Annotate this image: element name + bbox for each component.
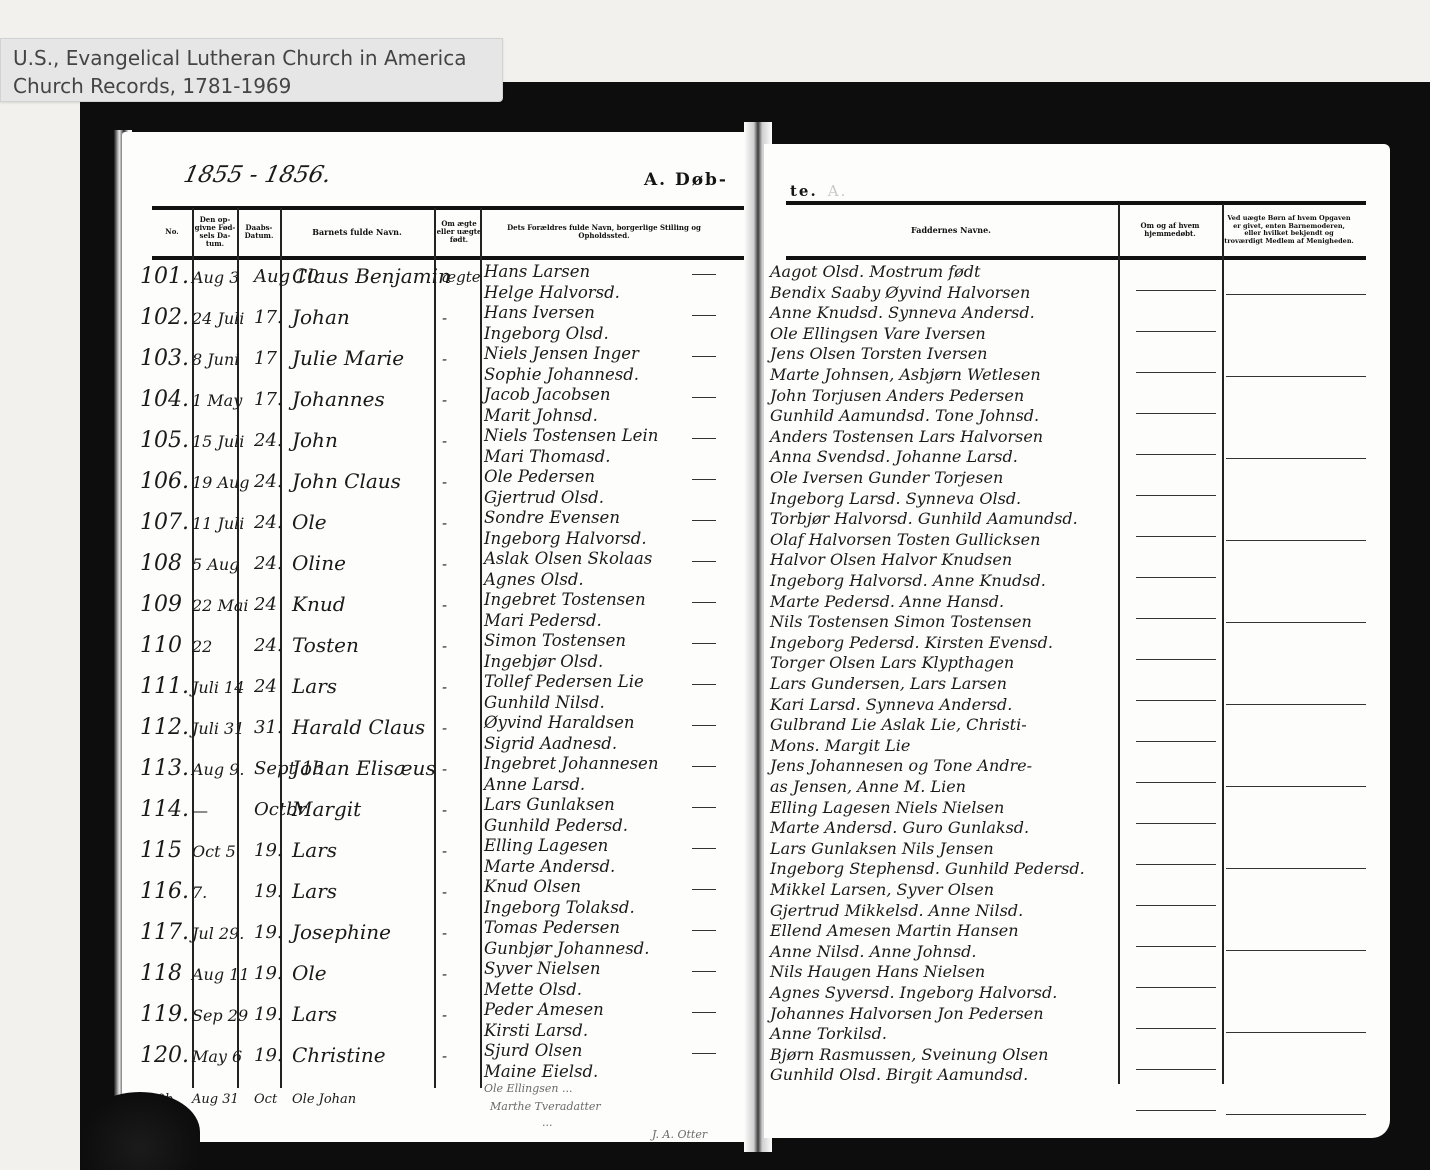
parent-name-line: Maine Eielsd. (484, 1062, 598, 1081)
ditto-rule (1136, 1028, 1216, 1029)
entry-number: 116. (140, 879, 189, 904)
birth-date: 15 Juli (192, 432, 244, 451)
entry-number: 106. (140, 469, 189, 494)
birth-date: May 6 (192, 1047, 242, 1066)
parent-name-line: Elling Lagesen (484, 836, 608, 855)
column-divider (1222, 204, 1224, 1084)
parent-name-line: Gjertrud Olsd. (484, 488, 604, 507)
parent-name-line: Tomas Pedersen (484, 918, 620, 937)
godparent-name-line: Mons. Margit Lie (770, 736, 910, 755)
col-header-remarks: Ved uægte Børn af hvem Opgaven er givet,… (1224, 206, 1354, 254)
collection-title-line2: Church Records, 1781-1969 (13, 72, 502, 100)
marginal-note-line: J. A. Otter (652, 1128, 707, 1141)
parent-name-line: Ingeborg Olsd. (484, 324, 609, 343)
ditto-dash (692, 561, 716, 562)
year-heading: 1855 - 1856. (181, 162, 333, 188)
child-name: Johan (292, 305, 350, 329)
bleed-through-text: A. (828, 182, 848, 200)
godparent-name-line: as Jensen, Anne M. Lien (770, 777, 966, 796)
column-divider (1118, 204, 1120, 1084)
legitimacy: - (442, 965, 447, 983)
godparent-name-line: Bjørn Rasmussen, Sveinung Olsen (770, 1045, 1048, 1064)
col-header-parents: Dets Forældres fulde Navn, borgerlige St… (484, 210, 724, 254)
baptism-date: 19. (254, 881, 283, 902)
ditto-rule (1226, 704, 1366, 705)
marginal-note-line: Ole Ellingsen ... (484, 1082, 572, 1095)
entry-number: 118 (140, 961, 182, 986)
legitimacy: - (442, 350, 447, 368)
godparent-name-line: Anne Torkilsd. (770, 1024, 887, 1043)
legitimacy: - (442, 883, 447, 901)
parent-name-line: Kirsti Larsd. (484, 1021, 588, 1040)
section-title-right: te.A. (790, 182, 847, 200)
godparent-name-line: Marte Johnsen, Asbjørn Wetlesen (770, 365, 1041, 384)
child-name: Julie Marie (292, 346, 404, 370)
godparent-name-line: Jens Olsen Torsten Iversen (770, 344, 987, 363)
parent-name-line: Niels Tostensen Lein (484, 426, 658, 445)
ditto-rule (1136, 782, 1216, 783)
ditto-dash (692, 438, 716, 439)
table-row: 111.Juli 1424Lars- (122, 674, 482, 716)
table-row: 107.11 Juli24.Ole- (122, 510, 482, 552)
legitimacy: - (442, 309, 447, 327)
godparent-name-line: Anne Nilsd. Anne Johnsd. (770, 942, 977, 961)
child-name: Lars (292, 1002, 337, 1026)
parent-name-line: Mari Pedersd. (484, 611, 602, 630)
col-header-child-name: Barnets fulde Navn. (282, 210, 432, 254)
godparent-name-line: Ingeborg Pedersd. Kirsten Evensd. (770, 633, 1053, 652)
ditto-rule (1226, 1114, 1366, 1115)
parent-name-line: Knud Olsen (484, 877, 581, 896)
godparent-name-line: Marte Andersd. Guro Gunlaksd. (770, 818, 1029, 837)
birth-date: — (192, 801, 208, 820)
birth-date: 11 Juli (192, 514, 244, 533)
entry-number: 114. (140, 797, 189, 822)
ditto-dash (692, 315, 716, 316)
ditto-rule (1136, 413, 1216, 414)
entry-number: 110 (140, 633, 182, 658)
ditto-rule (1136, 864, 1216, 865)
birth-date: Juli 31 (192, 719, 244, 738)
child-name: Tosten (292, 633, 359, 657)
ditto-dash (692, 848, 716, 849)
birth-date: Oct 5 (192, 842, 236, 861)
baptism-date: 19. (254, 1045, 283, 1066)
ditto-rule (1226, 458, 1366, 459)
table-row: 10922 Mai24Knud- (122, 592, 482, 634)
col-header-baptism-date: Daabs-Datum. (238, 210, 280, 254)
ditto-rule (1226, 868, 1366, 869)
godparent-name-line: Johannes Halvorsen Jon Pedersen (770, 1004, 1044, 1023)
birth-date: 8 Juni (192, 350, 239, 369)
right-page: te.A. Faddernes Navne. Om og af hvem hje… (764, 144, 1390, 1138)
godparent-name-line: Ellend Amesen Martin Hansen (770, 921, 1019, 940)
child-name: Oline (292, 551, 346, 575)
child-name: John (292, 428, 338, 452)
godparent-name-line: Gunhild Olsd. Birgit Aamundsd. (770, 1065, 1028, 1084)
baptism-date: 17. (254, 389, 283, 410)
table-row: 119.Sep 2919.Lars- (122, 1002, 482, 1044)
godparent-name-line: Olaf Halvorsen Tosten Gullicksen (770, 530, 1040, 549)
baptism-date: 19. (254, 963, 283, 984)
godparent-name-line: Halvor Olsen Halvor Knudsen (770, 550, 1012, 569)
entry-number: 104. (140, 387, 189, 412)
child-name: Harald Claus (292, 715, 425, 739)
baptism-date: 24. (254, 471, 283, 492)
ditto-dash (692, 356, 716, 357)
child-name: Lars (292, 879, 337, 903)
parent-name-line: Sophie Johannesd. (484, 365, 639, 384)
ditto-rule (1136, 987, 1216, 988)
ditto-dash (692, 274, 716, 275)
godparent-name-line: Anne Knudsd. Synneva Andersd. (770, 303, 1035, 322)
entry-number: 111. (140, 674, 189, 699)
record-image-viewer[interactable]: 1855 - 1856. A. Døb- No. Den op-givne Fø… (80, 82, 1430, 1170)
parent-name-line: Ingeborg Halvorsd. (484, 529, 647, 548)
ditto-rule (1136, 1069, 1216, 1070)
baptism-date: 24. (254, 553, 283, 574)
marginal-note-line: ... (542, 1116, 553, 1129)
parent-name-line: Øyvind Haraldsen (484, 713, 635, 732)
birth-date: Sep 29 (192, 1006, 248, 1025)
left-page: 1855 - 1856. A. Døb- No. Den op-givne Fø… (122, 132, 752, 1142)
birth-date: Jul 29. (192, 924, 244, 943)
legitimacy: - (442, 555, 447, 573)
child-name: Josephine (292, 920, 391, 944)
birth-date: 1 May (192, 391, 242, 410)
ditto-dash (692, 971, 716, 972)
parent-name-line: Ingebret Johannesen (484, 754, 658, 773)
parent-name-line: Lars Gunlaksen (484, 795, 615, 814)
parent-name-line: Simon Tostensen (484, 631, 626, 650)
table-row: 105.15 Juli24.John- (122, 428, 482, 470)
legitimacy: ægte (442, 268, 481, 286)
godparent-name-line: Nils Tostensen Simon Tostensen (770, 612, 1032, 631)
ditto-rule (1136, 700, 1216, 701)
collection-title-line1: U.S., Evangelical Lutheran Church in Ame… (13, 44, 502, 72)
header-top-rule (786, 201, 1366, 205)
ditto-rule (1136, 741, 1216, 742)
parent-name-line: Marte Andersd. (484, 857, 615, 876)
child-name: Lars (292, 838, 337, 862)
ditto-dash (692, 930, 716, 931)
godparent-name-line: Elling Lagesen Niels Nielsen (770, 798, 1004, 817)
collection-title-label: U.S., Evangelical Lutheran Church in Ame… (0, 38, 503, 102)
table-row: 101.Aug 3Aug 10.Claus Benjaminægte (122, 264, 482, 306)
child-name: Knud (292, 592, 346, 616)
table-row: 117.Jul 29.19.Josephine- (122, 920, 482, 962)
child-name: John Claus (292, 469, 401, 493)
birth-date: Aug 11 (192, 965, 250, 984)
table-row: 114.—OctbrMargit- (122, 797, 482, 839)
birth-date: 22 Mai (192, 596, 248, 615)
ditto-dash (692, 889, 716, 890)
baptism-date: Oct (254, 1092, 277, 1107)
header-bottom-rule (152, 256, 752, 260)
birth-date: Juli 14 (192, 678, 244, 697)
baptism-date: 24 (254, 594, 277, 615)
child-name: Ole (292, 961, 327, 985)
godparent-name-line: Jens Johannesen og Tone Andre- (770, 756, 1032, 775)
table-row: 112.Juli 3131.Harald Claus- (122, 715, 482, 757)
entry-number: 120. (140, 1043, 189, 1068)
godparent-name-line: Ole Ellingsen Vare Iversen (770, 324, 986, 343)
godparent-name-line: Torger Olsen Lars Klypthagen (770, 653, 1014, 672)
table-row: 116.7.19.Lars- (122, 879, 482, 921)
birth-date: 7. (192, 883, 207, 902)
baptism-date: 24 (254, 676, 277, 697)
ditto-rule (1136, 454, 1216, 455)
ditto-rule (1136, 618, 1216, 619)
ditto-rule (1226, 294, 1366, 295)
header-bottom-rule (786, 256, 1366, 260)
baptism-date: 31. (254, 717, 283, 738)
table-row: 113.Aug 9.Sept 13Johan Elisæus- (122, 756, 482, 798)
legitimacy: - (442, 801, 447, 819)
child-name: Christine (292, 1043, 386, 1067)
ditto-dash (692, 602, 716, 603)
parent-name-line: Niels Jensen Inger (484, 344, 639, 363)
col-header-emergency-baptism: Om og af hvem hjemmedøbt. (1120, 206, 1220, 254)
ditto-rule (1136, 905, 1216, 906)
ditto-rule (1226, 950, 1366, 951)
ditto-dash (692, 479, 716, 480)
parent-name-line: Marit Johnsd. (484, 406, 598, 425)
parent-name-line: Gunhild Nilsd. (484, 693, 605, 712)
birth-date: 19 Aug (192, 473, 250, 492)
section-title-left: A. Døb- (644, 170, 728, 190)
parent-name-line: Sigrid Aadnesd. (484, 734, 617, 753)
parent-name-line: Ingebret Tostensen (484, 590, 646, 609)
legitimacy: - (442, 514, 447, 532)
section-title-right-text: te. (790, 182, 818, 200)
entry-number: 115 (140, 838, 182, 863)
parent-name-line: Ingebjør Olsd. (484, 652, 603, 671)
godparent-name-line: Ingeborg Halvorsd. Anne Knudsd. (770, 571, 1046, 590)
col-header-no: No. (152, 210, 192, 254)
ditto-rule (1226, 1032, 1366, 1033)
entry-number: 105. (140, 428, 189, 453)
godparent-name-line: Anders Tostensen Lars Halvorsen (770, 427, 1043, 446)
baptism-date: 17 (254, 348, 277, 369)
godparent-name-line: Agnes Syversd. Ingeborg Halvorsd. (770, 983, 1057, 1002)
ditto-rule (1136, 659, 1216, 660)
table-row: 1085 Aug24.Oline- (122, 551, 482, 593)
parent-name-line: Hans Larsen (484, 262, 590, 281)
godparent-name-line: Ingeborg Larsd. Synneva Olsd. (770, 489, 1021, 508)
birth-date: 5 Aug (192, 555, 239, 574)
parent-name-line: Agnes Olsd. (484, 570, 584, 589)
ditto-rule (1136, 577, 1216, 578)
ditto-rule (1136, 536, 1216, 537)
child-name: Johan Elisæus (292, 756, 436, 780)
ditto-dash (692, 520, 716, 521)
ditto-rule (1136, 946, 1216, 947)
baptism-date: 19. (254, 1004, 283, 1025)
baptism-date: 19. (254, 922, 283, 943)
parent-name-line: Peder Amesen (484, 1000, 604, 1019)
godparent-name-line: Gjertrud Mikkelsd. Anne Nilsd. (770, 901, 1023, 920)
col-header-birth-date: Den op-givne Fød-sels Da-tum. (194, 210, 236, 254)
entry-number: 107. (140, 510, 189, 535)
godparent-name-line: Gulbrand Lie Aslak Lie, Christi- (770, 715, 1027, 734)
ditto-dash (692, 1053, 716, 1054)
godparent-name-line: Ingeborg Stephensd. Gunhild Pedersd. (770, 859, 1085, 878)
entry-number: 117. (140, 920, 189, 945)
ditto-rule (1136, 331, 1216, 332)
table-row: 106.19 Aug24.John Claus- (122, 469, 482, 511)
baptism-date: 24. (254, 430, 283, 451)
table-row: 104.1 May17.Johannes- (122, 387, 482, 429)
godparent-name-line: Ole Iversen Gunder Torjesen (770, 468, 1003, 487)
godparent-name-line: Anna Svendsd. Johanne Larsd. (770, 447, 1018, 466)
ditto-rule (1136, 495, 1216, 496)
parent-name-line: Sondre Evensen (484, 508, 620, 527)
legitimacy: - (442, 473, 447, 491)
ditto-dash (692, 1012, 716, 1013)
ditto-rule (1226, 622, 1366, 623)
parent-name-line: Mette Olsd. (484, 980, 582, 999)
parent-name-line: Aslak Olsen Skolaas (484, 549, 652, 568)
legitimacy: - (442, 637, 447, 655)
birth-date: 22 (192, 637, 212, 656)
entry-number: 101. (140, 264, 189, 289)
godparent-name-line: Lars Gundersen, Lars Larsen (770, 674, 1007, 693)
child-name: Ole Johan (292, 1092, 356, 1107)
godparent-name-line: Lars Gunlaksen Nils Jensen (770, 839, 994, 858)
ditto-rule (1226, 376, 1366, 377)
baptism-date: 19. (254, 840, 283, 861)
ditto-dash (692, 397, 716, 398)
baptism-date: 24. (254, 635, 283, 656)
parent-name-line: Ingeborg Tolaksd. (484, 898, 635, 917)
marginal-note-line: Marthe Tveradatter (490, 1100, 601, 1113)
godparent-name-line: Torbjør Halvorsd. Gunhild Aamundsd. (770, 509, 1078, 528)
ditto-rule (1226, 786, 1366, 787)
entry-number: 102. (140, 305, 189, 330)
ditto-dash (692, 766, 716, 767)
godparent-name-line: Kari Larsd. Synneva Andersd. (770, 695, 1012, 714)
thumb-shadow (80, 1092, 200, 1170)
child-name: Margit (292, 797, 361, 821)
parent-name-line: Mari Thomasd. (484, 447, 610, 466)
ditto-dash (692, 684, 716, 685)
legitimacy: - (442, 719, 447, 737)
baptism-date: 24. (254, 512, 283, 533)
parent-name-line: Helge Halvorsd. (484, 283, 620, 302)
godparent-name-line: John Torjusen Anders Pedersen (770, 386, 1024, 405)
parent-name-line: Ole Pedersen (484, 467, 595, 486)
child-name: Johannes (292, 387, 385, 411)
godparent-name-line: Bendix Saaby Øyvind Halvorsen (770, 283, 1030, 302)
legitimacy: - (442, 842, 447, 860)
col-header-legitimacy: Om ægte eller uægte født. (436, 210, 482, 254)
godparent-name-line: Nils Haugen Hans Nielsen (770, 962, 985, 981)
entry-number: 113. (140, 756, 189, 781)
parent-name-line: Anne Larsd. (484, 775, 585, 794)
legitimacy: - (442, 924, 447, 942)
parent-name-line: Gunbjør Johannesd. (484, 939, 649, 958)
entry-number: 103. (140, 346, 189, 371)
parent-name-line: Hans Iversen (484, 303, 595, 322)
entry-number: 108 (140, 551, 182, 576)
ditto-rule (1136, 372, 1216, 373)
birth-date: 24 Juli (192, 309, 244, 328)
legitimacy: - (442, 596, 447, 614)
ditto-rule (1136, 823, 1216, 824)
entry-number: 112. (140, 715, 189, 740)
table-row: 118Aug 1119.Ole- (122, 961, 482, 1003)
parent-name-line: Syver Nielsen (484, 959, 600, 978)
ditto-dash (692, 643, 716, 644)
child-name: Lars (292, 674, 337, 698)
col-header-godparents: Faddernes Navne. (786, 206, 1116, 254)
godparent-name-line: Marte Pedersd. Anne Hansd. (770, 592, 1004, 611)
table-row: 115Oct 519.Lars- (122, 838, 482, 880)
entry-number: 119. (140, 1002, 189, 1027)
ditto-dash (692, 807, 716, 808)
legitimacy: - (442, 432, 447, 450)
ditto-rule (1136, 290, 1216, 291)
legitimacy: - (442, 1006, 447, 1024)
table-row: 103.8 Juni17Julie Marie- (122, 346, 482, 388)
entry-number: 109 (140, 592, 182, 617)
table-row: 102.24 Juli17.Johan- (122, 305, 482, 347)
legitimacy: - (442, 1047, 447, 1065)
birth-date: Aug 3 (192, 268, 239, 287)
ditto-rule (1226, 540, 1366, 541)
godparent-name-line: Gunhild Aamundsd. Tone Johnsd. (770, 406, 1039, 425)
ditto-dash (692, 725, 716, 726)
parent-name-line: Gunhild Pedersd. (484, 816, 628, 835)
table-row: 120.May 619.Christine- (122, 1043, 482, 1085)
birth-date: Aug 9. (192, 760, 244, 779)
legitimacy: - (442, 678, 447, 696)
parent-name-line: Jacob Jacobsen (484, 385, 610, 404)
table-row: 1102224.Tosten- (122, 633, 482, 675)
baptism-date: 17. (254, 307, 283, 328)
child-name: Claus Benjamin (292, 264, 451, 288)
godparent-name-line: Mikkel Larsen, Syver Olsen (770, 880, 994, 899)
child-name: Ole (292, 510, 327, 534)
godparent-name-line: Aagot Olsd. Mostrum født (770, 262, 980, 281)
parent-name-line: Sjurd Olsen (484, 1041, 582, 1060)
legitimacy: - (442, 760, 447, 778)
parent-name-line: Tollef Pedersen Lie (484, 672, 644, 691)
ditto-rule (1136, 1110, 1216, 1111)
legitimacy: - (442, 391, 447, 409)
birth-date: Aug 31 (192, 1092, 239, 1107)
